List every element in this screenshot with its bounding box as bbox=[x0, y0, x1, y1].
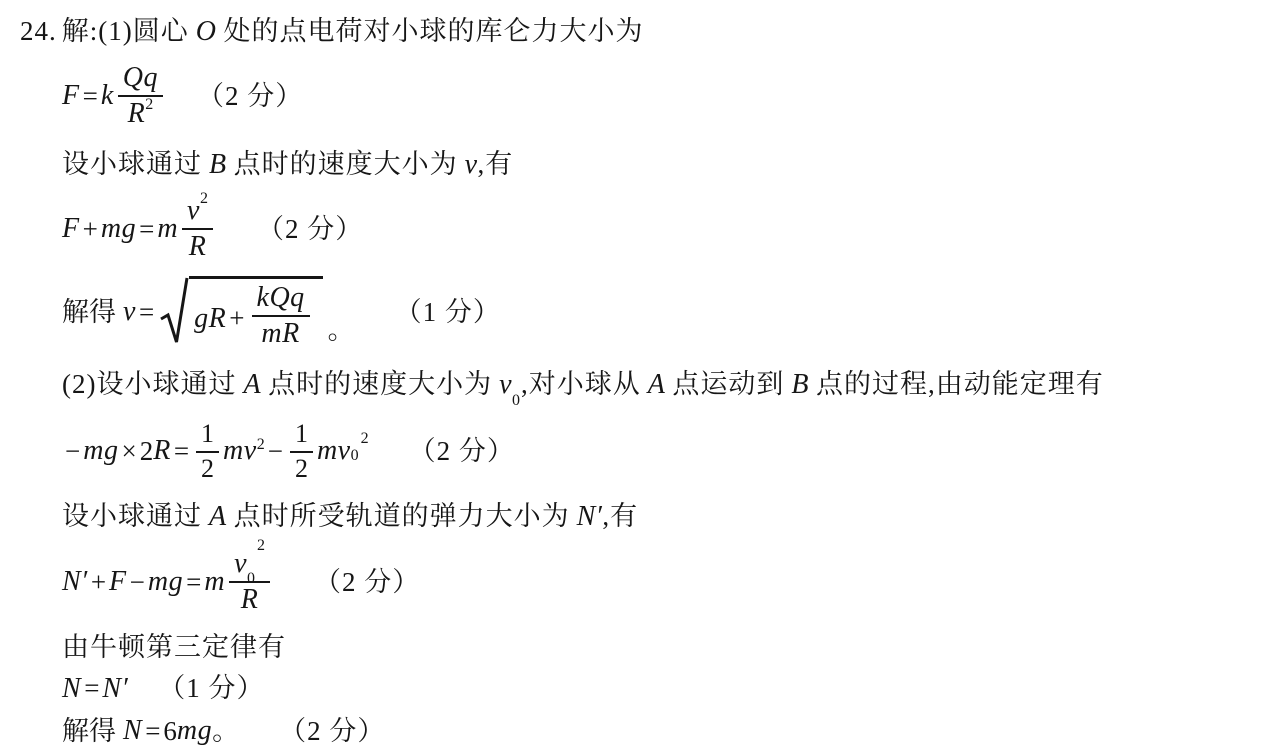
denominator-R: R bbox=[241, 583, 259, 614]
denominator-mR: mR bbox=[261, 317, 299, 348]
eq-circular-motion: F + mg = m v2 R （2 分） bbox=[62, 196, 1257, 262]
times-sign: × bbox=[121, 437, 136, 465]
line-part2-intro: (2)设小球通过A点时的速度大小为v0,对小球从A点运动到B点的过程,由动能定理… bbox=[62, 369, 1257, 400]
denominator-R: R bbox=[189, 230, 207, 261]
numerator-Qq: Qq bbox=[118, 63, 163, 97]
var-mg: mg bbox=[83, 436, 118, 465]
subscript-0: 0 bbox=[512, 392, 521, 409]
period: 。 bbox=[212, 717, 239, 745]
line-problem-intro: 24.解:(1)圆心O处的点电荷对小球的库仑力大小为 bbox=[20, 16, 1257, 47]
equals-sign: = bbox=[145, 717, 160, 745]
plus-sign: + bbox=[83, 215, 98, 243]
score-label: （2 分） bbox=[314, 568, 420, 596]
text-jiede: 解得 bbox=[62, 717, 116, 745]
intro-text-2: 处的点电荷对小球的库仑力大小为 bbox=[223, 16, 643, 46]
text-3: ,有 bbox=[478, 149, 514, 179]
text-2: 点时的速度大小为 bbox=[268, 369, 492, 399]
var-R: R bbox=[128, 98, 146, 129]
eq-coulomb-force: F = k Qq R2 （2 分） bbox=[62, 63, 1257, 129]
fraction-kQq-mR: kQq mR bbox=[252, 283, 310, 349]
var-m: m bbox=[157, 214, 178, 243]
equals-sign: = bbox=[83, 82, 98, 110]
text: 设小球通过 bbox=[62, 501, 202, 531]
numerator-v02: v02 bbox=[229, 549, 270, 583]
exponent-2: 2 bbox=[200, 190, 208, 207]
equals-sign: = bbox=[186, 568, 201, 596]
var-N-prime: N′ bbox=[577, 501, 603, 532]
eq-final-result: 解得 N = 6mg。 （2 分） bbox=[62, 716, 1257, 745]
solution-document: 24.解:(1)圆心O处的点电荷对小球的库仑力大小为 F = k Qq R2 （… bbox=[0, 0, 1265, 746]
fraction-v2-R: v2 R bbox=[182, 196, 213, 262]
var-R: R bbox=[153, 436, 171, 465]
var-O: O bbox=[196, 16, 217, 47]
radical-sign-icon bbox=[159, 276, 189, 346]
var-v: v bbox=[465, 149, 478, 180]
score-label: （2 分） bbox=[197, 82, 303, 110]
text-4: 点运动到 bbox=[672, 369, 784, 399]
var-mg: mg bbox=[177, 716, 212, 745]
problem-number: 24. bbox=[20, 16, 57, 46]
text-5: 点的过程,由动能定理有 bbox=[816, 369, 1104, 399]
fraction-one-half: 1 2 bbox=[196, 420, 219, 482]
var-gR: gR bbox=[194, 304, 226, 333]
coefficient-6: 6 bbox=[163, 717, 177, 745]
text: (2)设小球通过 bbox=[62, 369, 236, 399]
equals-sign: = bbox=[84, 674, 99, 702]
var-N: N bbox=[123, 716, 142, 745]
var-v: v bbox=[123, 297, 136, 326]
line-define-vB: 设小球通过B点时的速度大小为v,有 bbox=[62, 149, 1257, 180]
eq-solve-v: 解得 v = gR + kQq mR 。 （1 分） bbox=[62, 276, 1257, 349]
numerator-1: 1 bbox=[290, 420, 313, 452]
text: 设小球通过 bbox=[62, 149, 202, 179]
score-label: （1 分） bbox=[158, 674, 264, 702]
var-k: k bbox=[101, 81, 114, 110]
fraction-Qq-R2: Qq R2 bbox=[118, 63, 163, 129]
var-v: v bbox=[187, 195, 200, 226]
coefficient-2: 2 bbox=[140, 437, 154, 465]
score-label: （2 分） bbox=[257, 215, 363, 243]
var-N: N bbox=[62, 674, 81, 703]
square-root: gR + kQq mR bbox=[159, 276, 323, 349]
plus-sign: + bbox=[91, 568, 106, 596]
exponent-2: 2 bbox=[257, 537, 265, 554]
var-mg: mg bbox=[148, 567, 183, 596]
var-mv0: mv bbox=[317, 436, 351, 465]
text: 由牛顿第三定律有 bbox=[62, 632, 286, 662]
var-v: v bbox=[234, 548, 247, 579]
minus-sign-2: − bbox=[268, 437, 283, 465]
eq-work-energy: − mg × 2R = 1 2 mv2 − 1 2 mv02 （2 分） bbox=[62, 420, 1257, 482]
var-mv: mv bbox=[223, 436, 257, 465]
score-label: （2 分） bbox=[279, 717, 385, 745]
minus-sign: − bbox=[65, 437, 80, 465]
eq-force-at-A: N′ + F − mg = m v02 R （2 分） bbox=[62, 549, 1257, 615]
equals-sign: = bbox=[139, 215, 154, 243]
exponent-2: 2 bbox=[145, 96, 153, 113]
text-3: ,有 bbox=[602, 501, 638, 531]
text-jiede: 解得 bbox=[62, 298, 116, 326]
var-F: F bbox=[109, 567, 127, 596]
var-A: A bbox=[209, 501, 227, 532]
text-2: 点时的速度大小为 bbox=[234, 149, 458, 179]
radicand: gR + kQq mR bbox=[189, 276, 323, 349]
subscript-0: 0 bbox=[247, 570, 255, 587]
fraction-v02-R: v02 R bbox=[229, 549, 270, 615]
var-F: F bbox=[62, 81, 80, 110]
denominator-2: 2 bbox=[201, 453, 214, 482]
numerator-kQq: kQq bbox=[252, 283, 310, 317]
var-N-prime: N′ bbox=[62, 567, 88, 596]
intro-text: 解:(1)圆心 bbox=[62, 16, 189, 46]
var-v0: v bbox=[499, 369, 512, 400]
eq-newton-pair: N = N′ （1 分） bbox=[62, 674, 1257, 703]
text-3: ,对小球从 bbox=[521, 369, 641, 399]
var-B: B bbox=[209, 149, 227, 180]
var-N-prime: N′ bbox=[102, 674, 128, 703]
line-newton-third-law: 由牛顿第三定律有 bbox=[62, 632, 1257, 662]
period: 。 bbox=[328, 316, 355, 344]
denominator-R2: R2 bbox=[128, 97, 154, 128]
equals-sign: = bbox=[174, 437, 189, 465]
var-mg: mg bbox=[101, 214, 136, 243]
text-2: 点时所受轨道的弹力大小为 bbox=[234, 501, 570, 531]
denominator-2: 2 bbox=[295, 453, 308, 482]
fraction-one-half-2: 1 2 bbox=[290, 420, 313, 482]
score-label: （1 分） bbox=[395, 298, 501, 326]
var-m: m bbox=[204, 567, 225, 596]
score-label: （2 分） bbox=[409, 437, 515, 465]
var-B: B bbox=[791, 369, 809, 400]
minus-sign: − bbox=[130, 568, 145, 596]
var-A: A bbox=[243, 369, 261, 400]
var-F: F bbox=[62, 214, 80, 243]
var-A2: A bbox=[648, 369, 666, 400]
numerator-v2: v2 bbox=[182, 196, 213, 230]
numerator-1: 1 bbox=[196, 420, 219, 452]
line-define-N: 设小球通过A点时所受轨道的弹力大小为N′,有 bbox=[62, 501, 1257, 532]
plus-sign: + bbox=[229, 304, 244, 332]
equals-sign: = bbox=[139, 298, 154, 326]
